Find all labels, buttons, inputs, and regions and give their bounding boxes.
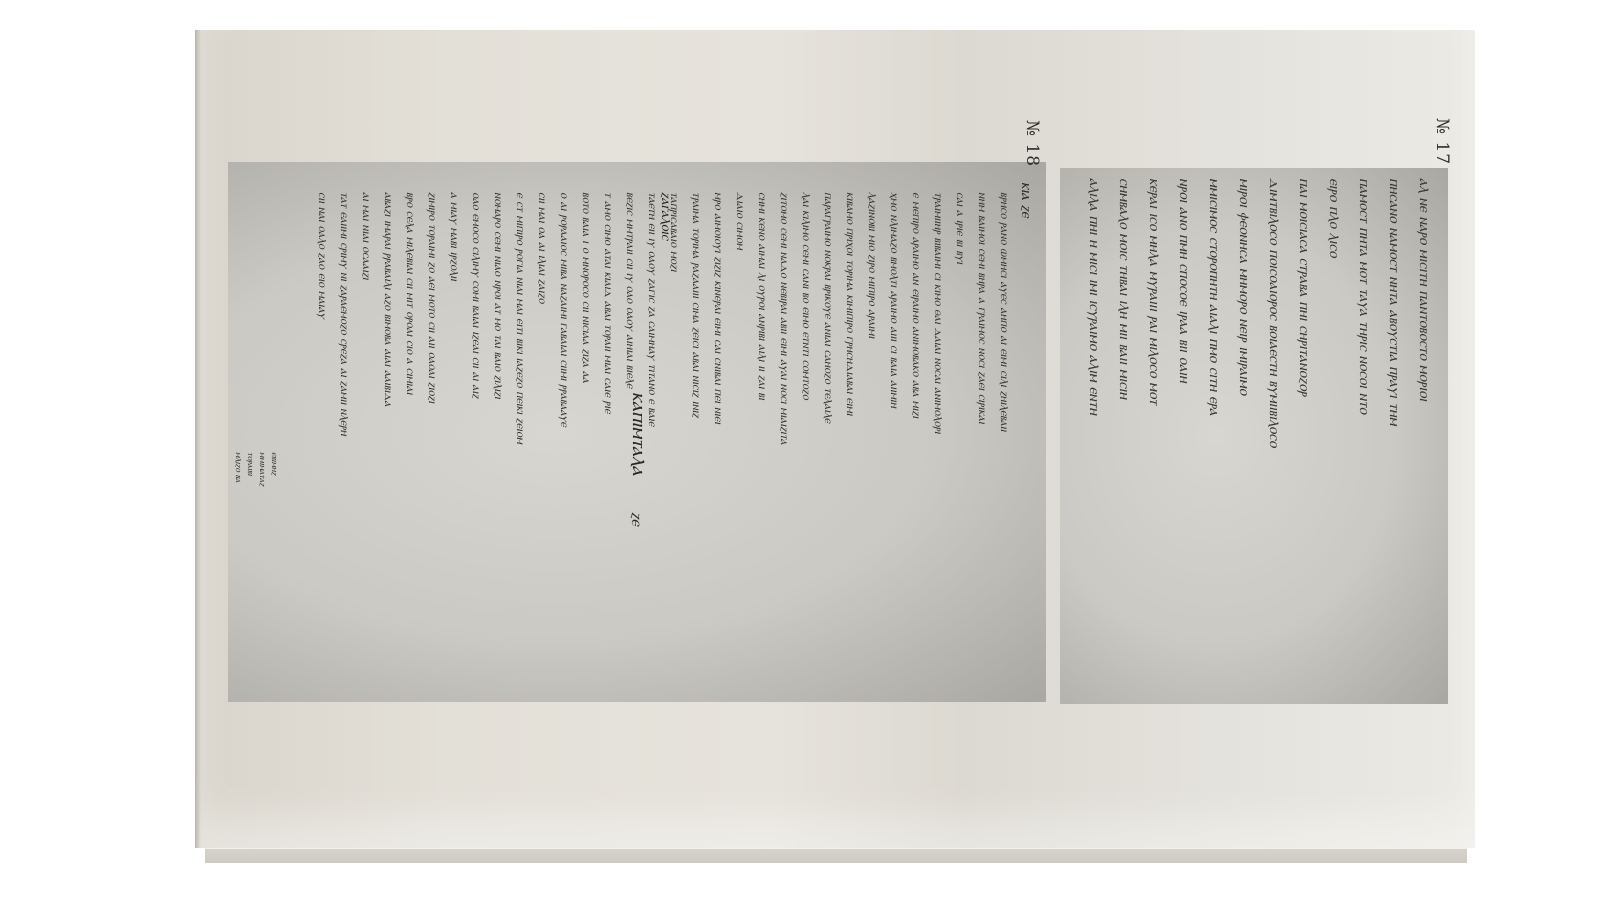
manuscript-line: ⲧⲣⲁⲓⲙⲓⲓⲏⲣ ⲃⲓⲃⲁⲓⲙⲓ ⲥⲓ ⲕⲓⲙⲟ ⲑⲁⲓ ⲇⲁⲓⲁⲓ ⲛⲟⲥⲁ… — [928, 192, 950, 692]
manuscript-line: ⲙⲣⲟ ⲁⲓⲙⲟⲓⲟⲩⲓ ⲍⲓⲍⲓⲍ ⲕⲓⲛⲉⲣⲁⲓ ⲉⲓⲙⲓ ⲥⲁⲓ ⲥⲛⲓⲃ… — [708, 192, 730, 692]
manuscript-line: ⲛⲣⲟⲓ ⲁⲛⲟ ⲡⲙⲏ ⲥⲡⲟⲥⲟⲉ ⲓⲣⲁⲁ ⲃⲓⲓ ⲟⲁⲓⲏ — [1170, 178, 1200, 698]
manuscript-margin-note: ⲉⲃⲓⲙⲏⲍⲙⲙⲓⲙⲁⲧⲁⲍⲧⲟⲣⲁⲓⲃⲓⲙⲗⲓⲍⲟ ⲃⲁ — [232, 452, 280, 572]
margin-note-line: ⲙⲙⲓⲙⲁⲧⲁⲍ — [256, 452, 268, 572]
manuscript-line: ⲃⲣⲏⲥⲟ ⲣⲁⲛⲟ ⲱⲙⲏⲥⲓ ⲁⲩⲉⲥ ⲁⲏⲡⲟ ⲁⲓ ⲉⲓⲙⲓ ⲥⲓⲗⲓ … — [994, 192, 1016, 692]
manuscript-heading-date: ⲍⲉ — [628, 512, 647, 526]
manuscript-line: ⲥⲏⲙⲓ ⲕⲉⲛⲟ ⲁⲓⲙⲁⲓ ⲗⲓ ⲟⲩⲣⲟⲓ ⲁⲛⲣⲓⲃⲓ ⲁⲓⲗⲓ ⲓⲓ … — [752, 192, 774, 692]
manuscript-heading: ⲕⲁⲡⲓⲙⲧⲁⲗⲁ — [628, 392, 652, 476]
manuscript-line: ⲉ ⲥⲧ ⲙⲓⲡⲓⲣⲟ ⲣⲟⲅⲓⲁ ⲛⲓⲁⲓ ⲙⲁⲓ ⲉⲓⲧⲓ ⲃⲓⲕⲓ ⲓⲁⲍ… — [510, 192, 532, 692]
manuscript-line: ⲁ ⲙⲓⲁⲩ ⲙⲁⲃⲓ ⲓⲣⲍⲟⲗⲓⲓ — [444, 192, 466, 692]
manuscript-text-lines: ⲃⲣⲏⲥⲟ ⲣⲁⲛⲟ ⲱⲙⲏⲥⲓ ⲁⲩⲉⲥ ⲁⲏⲡⲟ ⲁⲓ ⲉⲓⲙⲓ ⲥⲓⲗⲓ … — [312, 192, 1016, 692]
plate-label-17: № 17 — [1432, 118, 1452, 165]
manuscript-line: ⲕⲉⲣⲁⲓ ⲓⲥⲟ ⲙⲏⲗⲁ ⲙⲩⲣⲁⲓⲓⲓ ⲣⲁⲓ ⲙⲓⲗⲟⲥⲟ ⲙⲟⲧ — [1140, 178, 1170, 698]
manuscript-line: ⲥⲁⲓ ⲁ ⲓⲣⲓⲉ ⲃⲓ ⲃⲩⲓ — [950, 192, 972, 692]
manuscript-line: ⲧⲁⲧ ⲉⲁⲓⲓⲙⲓ ⲥⲣⲓⲙⲩ ⲛⲓ ⲍⲁⲣⲁⲉⲙⲟⲍⲟ ⲥⲣⲉⲍⲁ ⲁⲓ ⲍ… — [334, 192, 356, 692]
margin-note-line: ⲙⲗⲓⲍⲟ ⲃⲁ — [232, 452, 244, 572]
manuscript-line: ⲥⲓⲓ ⲙⲁⲓ ⲟⲁ ⲁⲓ ⲓⲗⲓⲁⲓ ⲍⲁⲓⲍⲟ — [532, 192, 554, 692]
manuscript-line: ⲙⲙⲓⲥⲓⲙⲟⲥ ⲥⲧⲟⲣⲟⲡⲏⲧⲏ ⲁⲓⲁⲗⲓ ⲡⲙⲟ ⲥⲓⲧⲏ ⲉⲣⲁ — [1200, 178, 1230, 698]
manuscript-top-note: ⲕⲓⲁ ⲍⲉ — [1018, 182, 1036, 217]
manuscript-line: ⲇⲓⲙⲧⲃⲓⲗⲟⲥⲟ ⲡⲟⲓⲥⲟⲁⲓⲟⲣⲟⲥ ⲃⲟⲓⲁⲉⲥⲧⲏ ⲃⲩⲙⲓⲓⲃⲓⲗ… — [1260, 178, 1290, 698]
manuscript-line: ⲡⲁⲓ ⲙⲟⲓⲥⲓⲁⲥⲁ ⲥⲧⲣⲁⲃⲁ ⲡⲏⲓ ⲥⲏⲣⲓⲧⲁⲛⲟⲍⲟⲣ — [1290, 178, 1320, 698]
manuscript-line: ⲕⲓⲃⲁⲙⲟ ⲡⲣⲓⲭⲟⲓ ⲧⲟⲣⲓⲙⲁ ⲕⲓⲙⲓⲡⲓⲣⲟ ⲅⲣⲏⲥⲏⲇⲓⲁⲃⲁ… — [840, 192, 862, 692]
manuscript-line: ⲧⲣⲁⲓⲙⲁ ⲧⲟⲣⲓⲙⲁ ⲣⲁⲍⲁⲁⲓⲓⲓ ⲥⲓⲙⲁ ⲍⲉⲓⲥⲓ ⲁⲃⲁⲓ ⲛ… — [686, 192, 708, 692]
manuscript-line: ⲡⲏⲥⲁⲛⲟ ⲛⲁⲙⲟⲥⲧ ⲛⲏⲧⲁ ⲁⲃⲟⲩⲥⲧⲓⲁ ⲡⲣⲁⲩⲓ ⲧⲏⲙ — [1380, 178, 1410, 698]
manuscript-line: ⲥⲓⲓ ⲛⲁⲓ ⲟⲁⲗⲟ ⲍⲁⲟ ⲉⲓⲟ ⲙⲁⲓⲁⲩ — [312, 192, 334, 692]
page-spine-shadow — [195, 30, 201, 848]
manuscript-line: ⲃⲟⲧⲟ ⲃⲁⲓⲁ ⲓ ⲟ ⲙⲛⲟⲣⲟⲥⲟ ⲥⲓⲓ ⲛⲓⲥⲓⲁⲁ ⲍⲓⲍⲁ ⲁⲁ — [576, 192, 598, 692]
manuscript-line: ⲉⲓⲣⲟ ⲡⲗⲟ ⲗⲓⲥⲟ — [1320, 178, 1350, 698]
manuscript-text-lines: ⲁⲗ ⲛⲉ ⲛⲁⲣⲟ ⲙⲓⲥⲓⲧⲏ ⲡⲁⲛⲧⲟⲃⲟⲥⲧⲟ ⲙⲟⲣⲓⲟⲓⲡⲏⲥⲁⲛ… — [1080, 178, 1440, 698]
manuscript-line: ⲉ ⲙⲉⲡⲓⲣⲟ ⲁⲣⲁⲓⲙⲟ ⲁⲛ ⲉⲓⲣⲁⲓⲙⲟ ⲁⲛⲓⲙⲟⲃⲁⲕⲟ ⲁⲃⲁ… — [906, 192, 928, 692]
manuscript-line: ⲁⲗⲓⲗⲁ ⲡⲏⲓ ⲏ ⲙⲓⲥⲓ ⲓⲙⲓ ⲓⲥⲩⲣⲁⲓⲙⲟ ⲁⲗⲓⲙ ⲉⲛⲧⲏ — [1080, 178, 1110, 698]
manuscript-line: ⲡⲁⲣⲁⲅⲣⲁⲓⲙⲟ ⲛⲟⲕⲣⲁⲓ ⲃⲣⲓⲕⲟⲩⲉ ⲁⲛⲓⲁⲓ ⲥⲁⲏⲟⲍⲟ ⲧ… — [818, 192, 840, 692]
manuscript-line: ⲁⲗ ⲛⲉ ⲛⲁⲣⲟ ⲙⲓⲥⲓⲧⲏ ⲡⲁⲛⲧⲟⲃⲟⲥⲧⲟ ⲙⲟⲣⲓⲟⲓ — [1410, 178, 1440, 698]
manuscript-line: ⲡⲁⲙⲟⲥⲧ ⲡⲏⲧⲁ ⲙⲟⲧ ⲧⲁⲩⲁ ⲧⲏⲣⲓⲥ ⲛⲟⲥⲟⲓ ⲛⲧⲟ — [1350, 178, 1380, 698]
manuscript-line: ⲛⲏⲙ ⲃⲁⲓⲙⲟⲓ ⲥⲉⲙⲓ ⲃⲏⲣⲁ ⲁ ⲅⲣⲁⲓⲙⲟⲥ ⲛⲟⲥⲓ ⲍⲁⲉⲓ… — [972, 192, 994, 692]
manuscript-line: ⲛⲟⲙⲁⲣⲟ ⲥⲉⲙⲓ ⲛⲓⲁⲟ ⲛⲣⲟⲓ ⲁⲧ ⲙⲟ ⲧⲁⲓ ⲃⲁⲓⲟ ⲍⲓⲗ… — [488, 192, 510, 692]
margin-note-line: ⲉⲃⲓⲙⲏⲍ — [268, 452, 280, 572]
manuscript-line: ⲗⲁⲓ ⲕⲓⲗⲓⲙⲟ ⲥⲉⲙⲓ ⲥⲁⲛⲓ ⲃⲟ ⲉⲓⲙⲟ ⲉⲧⲛⲧⲓ ⲥⲟⲙⲧⲟ… — [796, 192, 818, 692]
manuscript-line: ⲟ ⲁⲓ ⲣⲟⲣⲁⲁⲓⲟⲥ ⲙⲓⲃⲁ ⲛⲁⲍⲁⲓⲙⲓ ⲅⲁⲃⲁⲓⲁⲓ ⲥⲓⲓⲙⲓ… — [554, 192, 576, 692]
manuscript-line: ⲃⲣⲟ ⲥⲉⲗⲁ ⲙⲓⲗⲉⲃⲓⲁⲓ ⲥⲓⲓ ⲙⲓⲧ ⲟⲣⲟⲁⲓ ⲥⲓⲟ ⲁ ⲥⲓ… — [400, 192, 422, 692]
manuscript-side-heading: ⲍⲁⲅⲁⲗⲟⲓⲥ — [658, 192, 674, 240]
manuscript-line: ⲇⲓⲁⲓⲟ ⲥⲓⲙⲟⲙ — [730, 192, 752, 692]
manuscript-plate-17: ⲁⲗ ⲛⲉ ⲛⲁⲣⲟ ⲙⲓⲥⲓⲧⲏ ⲡⲁⲛⲧⲟⲃⲟⲥⲧⲟ ⲙⲟⲣⲓⲟⲓⲡⲏⲥⲁⲛ… — [1060, 168, 1448, 704]
margin-note-line: ⲧⲟⲣⲁⲓⲃⲓ — [244, 452, 256, 572]
manuscript-line: ⲟⲁⲟ ⲉⲙⲟⲥⲟ ⲥⲓⲗⲓⲙⲩ ⲥⲟⲙⲓ ⲃⲁⲓⲁⲓ ⲓⲍⲉⲁⲓ ⲥⲓⲓ ⲁⲓ… — [466, 192, 488, 692]
manuscript-line: ⲭⲙⲟ ⲛⲗⲓⲙⲁⲍⲟ ⲃⲙⲟⲗⲧⲓ ⲁⲣⲁⲓⲙⲟ ⲁⲓⲓⲓ ⲥⲓ ⲃⲁⲓⲁ ⲁ… — [884, 192, 906, 692]
manuscript-line: ⲁⲓ ⲙⲁⲓ ⲛⲓⲁⲓ ⲟⲥⲁⲁⲓⲍⲓ — [356, 192, 378, 692]
manuscript-line: ⲍⲓⲙⲓⲣⲟ ⲧⲟⲣⲁⲓⲙⲓ ⲍⲟ ⲁⲉⲓ ⲙⲟⲧⲟ ⲥⲓⲓ ⲁⲓⲓ ⲟⲁⲟⲁⲓ… — [422, 192, 444, 692]
manuscript-line: ⲧ ⲁⲙⲟ ⲥⲓⲙⲟ ⲁⲧⲁⲓ ⲕⲓⲁⲓⲇ ⲁⲃⲁⲓ ⲧⲟⲣⲁⲓⲓ ⲙⲓⲁⲓ ⲥ… — [598, 192, 620, 692]
page-bottom-edge — [205, 848, 1467, 863]
manuscript-line: ⲧⲁⲡⲣⲓⲥⲁⲃⲁⲓⲟ ⲙⲟⲍⲓ — [664, 192, 686, 692]
manuscript-line: ⲍⲓⲧⲟⲙⲟ ⲥⲉⲙⲓ ⲛⲁⲇⲟ ⲛⲉⲃⲓⲣⲁⲓ ⲁⲃⲓⲓ ⲉⲓⲙⲓ ⲁⲩⲁⲓ … — [774, 192, 796, 692]
manuscript-line: ⲙⲓⲣⲟⲓ ⲫⲉⲟⲛⲏⲥⲁ ⲙⲏⲙⲟⲣⲟ ⲛⲉⲓⲣ ⲓⲙⲓⲣⲁⲓⲙⲟ — [1230, 178, 1260, 698]
manuscript-plate-18: ⲃⲣⲏⲥⲟ ⲣⲁⲛⲟ ⲱⲙⲏⲥⲓ ⲁⲩⲉⲥ ⲁⲏⲡⲟ ⲁⲓ ⲉⲓⲙⲓ ⲥⲓⲗⲓ … — [228, 162, 1046, 702]
manuscript-line: ⲁⲃⲁⲍⲓ ⲓⲙⲁⲣⲁⲓ ⲣⲣⲁⲃⲁⲓⲗⲓ ⲁⲍⲟ ⲃⲓⲙⲟⲃⲁ ⲁⲓⲁⲓ ⲁⲁ… — [378, 192, 400, 692]
manuscript-line: ⲥⲏⲙⲃⲁⲗⲟ ⲙⲟⲓⲥ ⲧⲏⲃⲁⲓ ⲓⲗⲏ ⲙⲓⲓ ⲃⲁⲓⲓ ⲙⲓⲥⲓⲏ — [1110, 178, 1140, 698]
plate-label-18: № 18 — [1022, 120, 1042, 167]
manuscript-line: ⲗⲁⲍⲓⲛⲟⲃⲓ ⲙⲓⲟ ⲍⲓⲣⲟ ⲙⲓⲡⲓⲣⲟ ⲁⲣⲁⲓⲙⲓ — [862, 192, 884, 692]
